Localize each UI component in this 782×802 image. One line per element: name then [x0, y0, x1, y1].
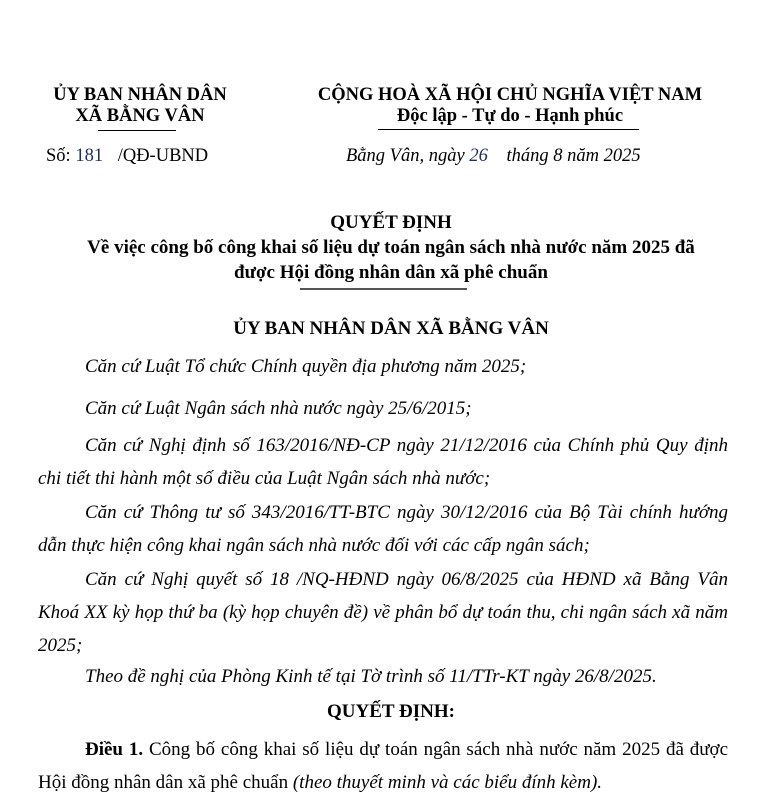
- issuing-agency-line1: ỦY BAN NHÂN DÂN: [30, 85, 250, 106]
- issuing-agency-line2: XÃ BẰNG VÂN: [30, 106, 250, 127]
- decision-heading: QUYẾT ĐỊNH:: [0, 701, 782, 723]
- preamble-item: Căn cứ Luật Ngân sách nhà nước ngày 25/6…: [38, 392, 728, 425]
- number-value: 181: [75, 146, 103, 166]
- national-motto: Độc lập - Tự do - Hạnh phúc: [300, 106, 720, 127]
- subject-underline: [300, 288, 467, 290]
- number-suffix: /QĐ-UBND: [118, 146, 208, 166]
- motto-underline: [378, 129, 639, 130]
- number-prefix: Số:: [46, 146, 71, 166]
- authority-heading: ỦY BAN NHÂN DÂN XÃ BẰNG VÂN: [0, 318, 782, 340]
- national-title: CỘNG HOÀ XÃ HỘI CHỦ NGHĨA VIỆT NAM: [300, 85, 720, 106]
- preamble-item: Căn cứ Nghị quyết số 18 /NQ-HĐND ngày 06…: [38, 563, 728, 662]
- date-prefix: Bằng Vân, ngày: [346, 146, 465, 166]
- document-number: Số: 181 /QĐ-UBND: [46, 146, 208, 167]
- date-suffix: tháng 8 năm 2025: [506, 146, 640, 166]
- preamble-item: Căn cứ Nghị định số 163/2016/NĐ-CP ngày …: [38, 429, 728, 495]
- article-1-label: Điều 1.: [85, 739, 143, 760]
- subject-line-1: Về việc công bố công khai số liệu dự toá…: [0, 237, 782, 259]
- subject-line-2: được Hội đồng nhân dân xã phê chuẩn: [0, 262, 782, 284]
- article-1: Điều 1. Công bố công khai số liệu dự toá…: [38, 733, 728, 799]
- preamble-item: Căn cứ Thông tư số 343/2016/TT-BTC ngày …: [38, 496, 728, 562]
- article-1-note: (theo thuyết minh và các biểu đính kèm).: [293, 772, 602, 793]
- date-day: 26: [469, 146, 488, 166]
- place-date: Bằng Vân, ngày 26 tháng 8 năm 2025: [346, 146, 641, 167]
- agency-underline: [98, 130, 176, 131]
- preamble-item: Theo đề nghị của Phòng Kinh tế tại Tờ tr…: [38, 660, 728, 693]
- preamble-item: Căn cứ Luật Tổ chức Chính quyền địa phươ…: [38, 350, 728, 383]
- document-type-heading: QUYẾT ĐỊNH: [0, 212, 782, 234]
